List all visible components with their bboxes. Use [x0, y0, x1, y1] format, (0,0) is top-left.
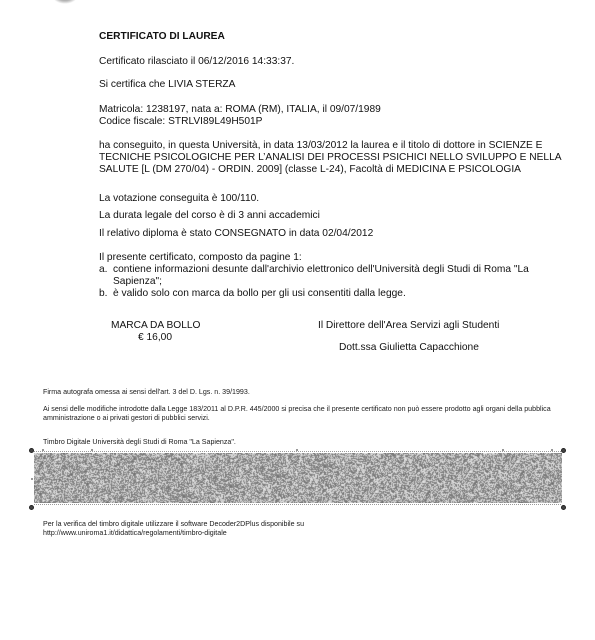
list-item-text: è valido solo con marca da bollo per gli… — [113, 288, 563, 300]
certifies-line: Si certifica che LIVIA STERZA — [99, 79, 235, 91]
list-marker: b. — [99, 288, 108, 300]
diploma-line: Il relativo diploma è stato CONSEGNATO i… — [99, 228, 373, 240]
certificate-title: CERTIFICATO DI LAUREA — [99, 31, 225, 43]
duration-line: La durata legale del corso è di 3 anni a… — [99, 210, 320, 222]
resize-handle-top-right[interactable] — [561, 448, 566, 453]
resize-handle-bottom-right[interactable] — [561, 505, 566, 510]
resize-handle-middle-left[interactable] — [31, 478, 33, 480]
digital-stamp-barcode[interactable] — [32, 450, 564, 506]
issued-date-line: Certificato rilasciato il 06/12/2016 14:… — [99, 56, 294, 68]
anchor-marker — [296, 449, 298, 451]
law-note: Ai sensi delle modifiche introdotte dall… — [43, 405, 563, 424]
director-title: Il Direttore dell'Area Servizi agli Stud… — [318, 320, 499, 331]
present-certificate-line: Il presente certificato, composto da pag… — [99, 252, 302, 264]
verification-note: Per la verifica del timbro digitale util… — [43, 520, 304, 529]
anchor-marker — [502, 449, 504, 451]
matricola-line: Matricola: 1238197, nata a: ROMA (RM), I… — [99, 104, 381, 116]
resize-handle-bottom-left[interactable] — [29, 505, 34, 510]
revenue-stamp-price: € 16,00 — [111, 332, 199, 343]
vote-line: La votazione conseguita è 100/110. — [99, 193, 259, 205]
revenue-stamp-label: MARCA DA BOLLO — [111, 320, 200, 332]
codice-fiscale-line: Codice fiscale: STRLVI89L49H501P — [99, 116, 262, 128]
barcode-image — [34, 453, 562, 503]
list-item: b. è valido solo con marca da bollo per … — [99, 288, 569, 300]
resize-handle-top-left[interactable] — [29, 448, 34, 453]
list-marker: a. — [99, 264, 108, 276]
list-item-text: contiene informazioni desunte dall'archi… — [113, 264, 563, 288]
list-item: a. contiene informazioni desunte dall'ar… — [99, 264, 569, 288]
certificate-conditions-list: a. contiene informazioni desunte dall'ar… — [99, 264, 569, 301]
degree-paragraph: ha conseguito, in questa Università, in … — [99, 140, 569, 177]
anchor-marker — [91, 449, 93, 451]
barcode-top-border — [34, 451, 562, 452]
anchor-marker — [42, 449, 44, 451]
anchor-marker — [551, 449, 553, 451]
barcode-bottom-border — [34, 504, 562, 505]
digital-stamp-label: Timbro Digitale Università degli Studi d… — [43, 438, 236, 447]
director-name: Dott.ssa Giulietta Capacchione — [339, 342, 479, 353]
scan-artifact — [52, 0, 78, 4]
verification-url[interactable]: http://www.uniroma1.it/didattica/regolam… — [43, 529, 227, 538]
signature-note: Firma autografa omessa ai sensi dell'art… — [43, 388, 250, 397]
